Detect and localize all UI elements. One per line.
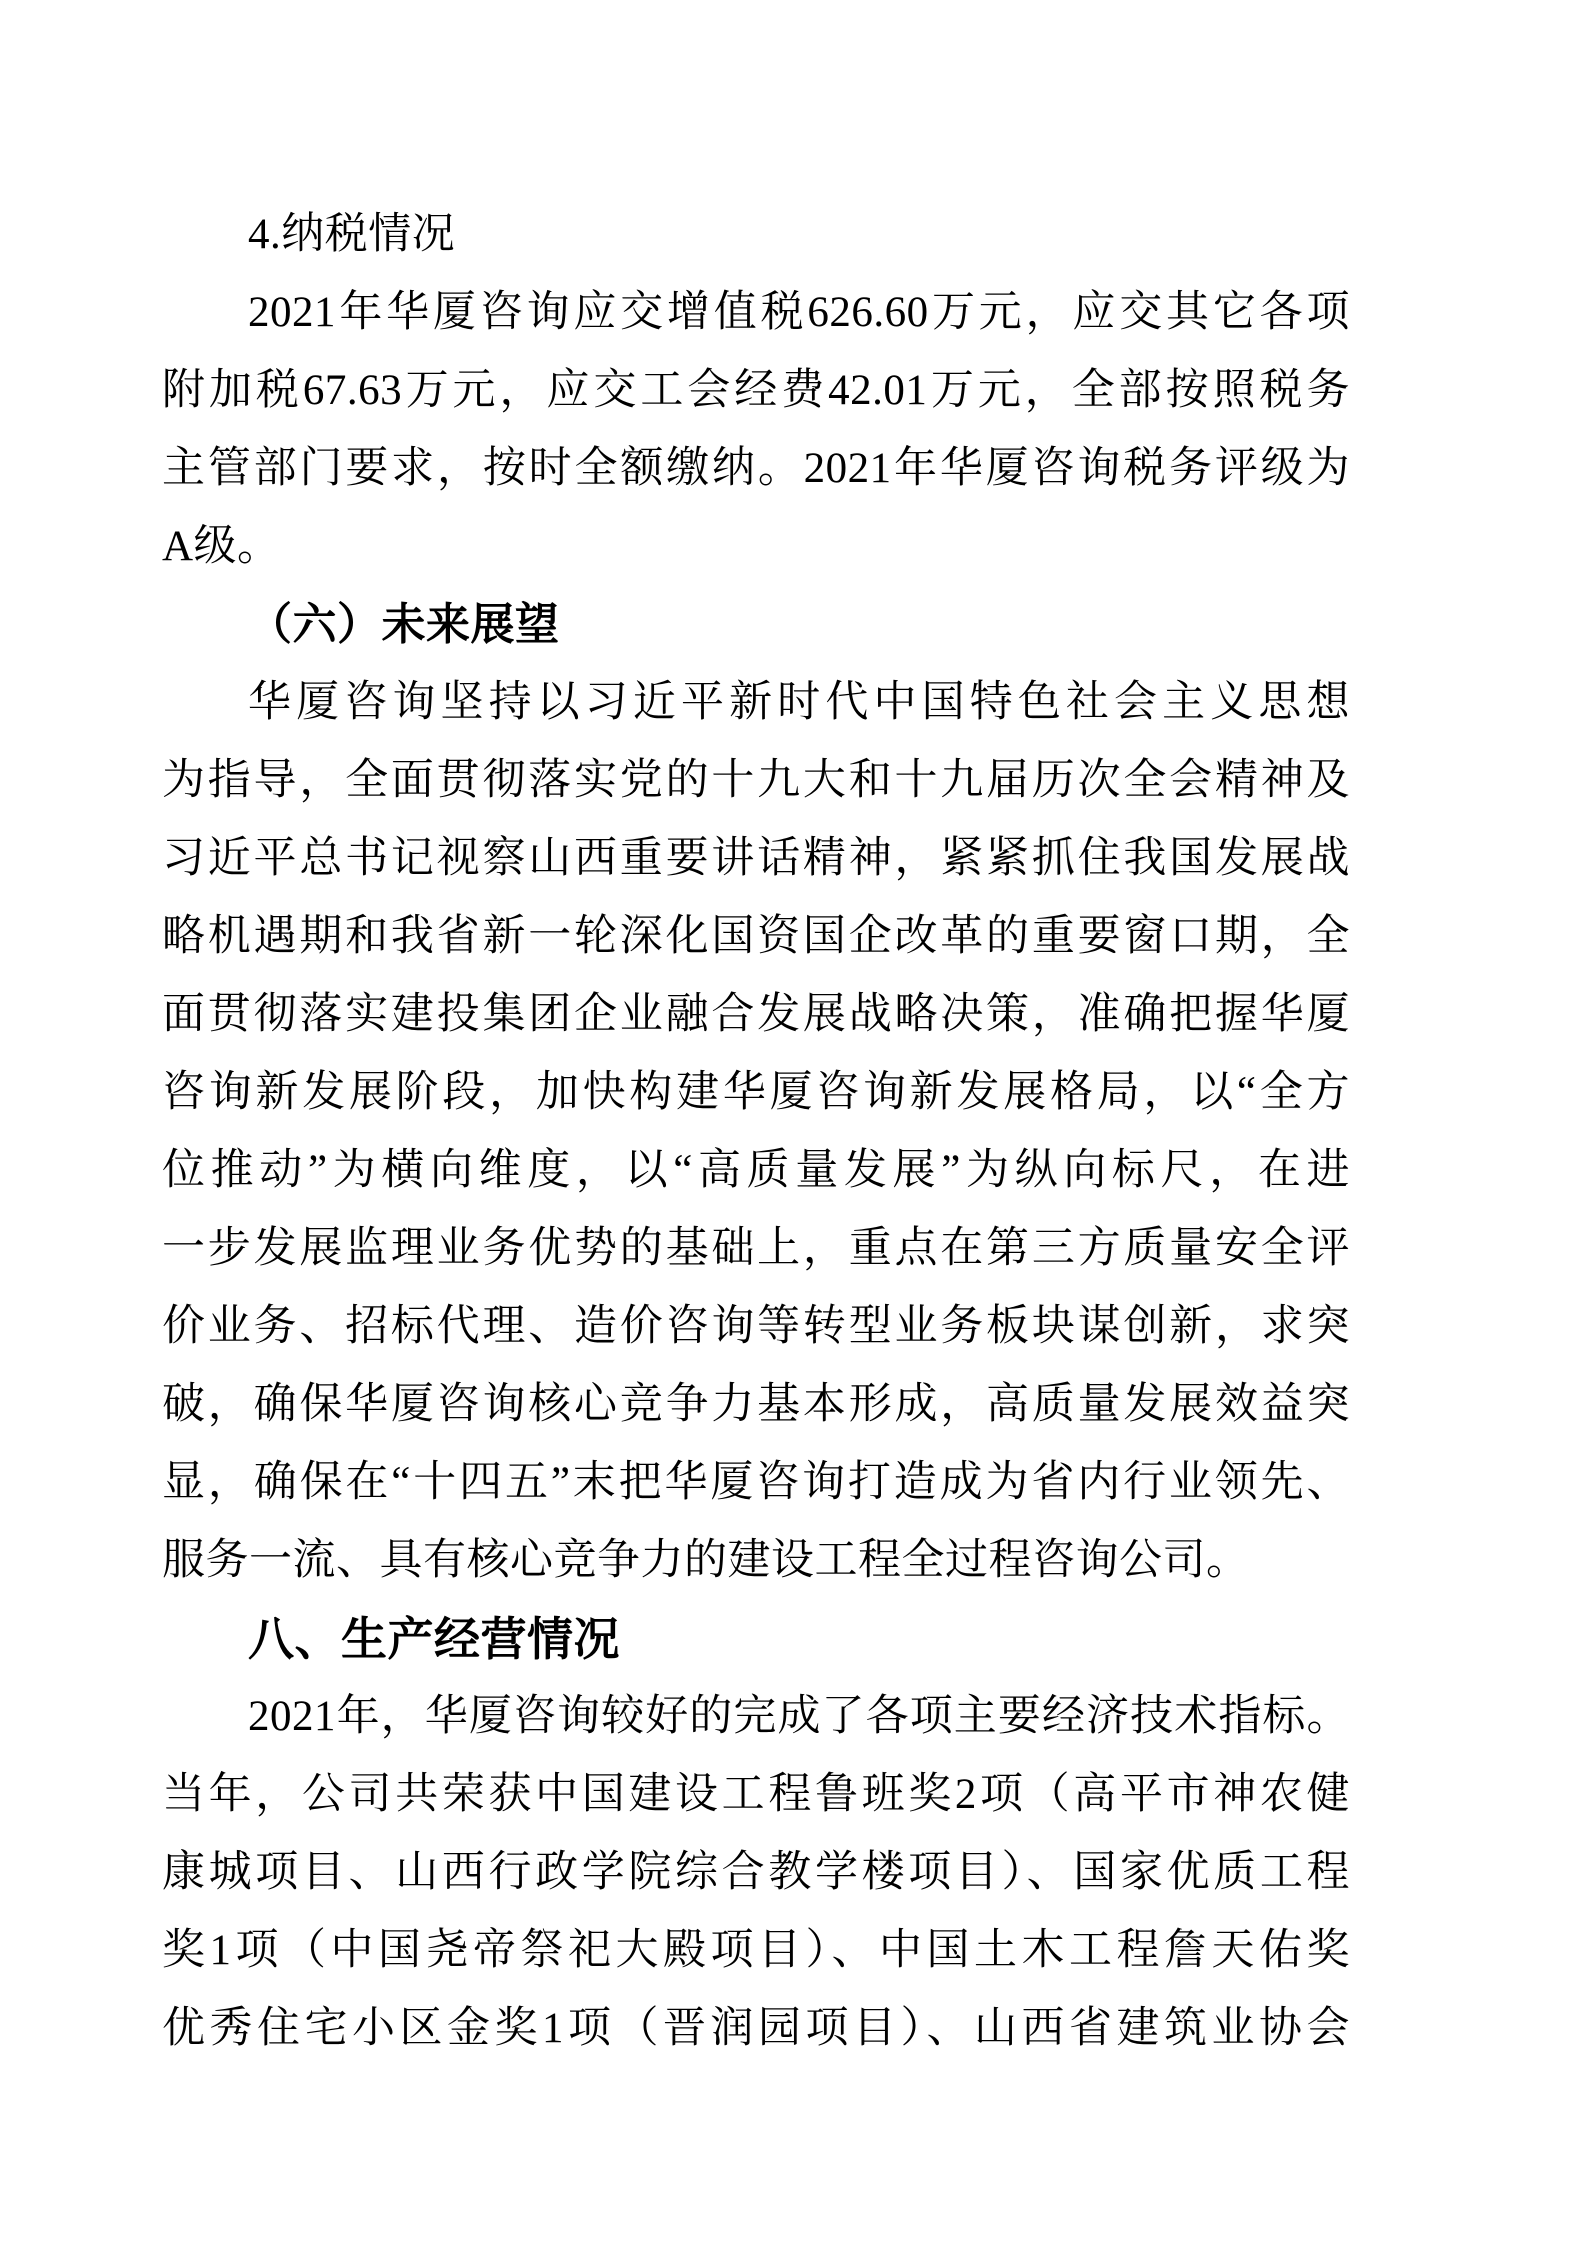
text-line: 2021年华厦咨询应交增值税626.60万元，应交其它各项 <box>162 274 1350 352</box>
document-page: 4.纳税情况 2021年华厦咨询应交增值税626.60万元，应交其它各项 附加税… <box>0 0 1587 2245</box>
chapter-heading: 八、生产经营情况 <box>162 1600 1350 1678</box>
text-line: 附加税67.63万元，应交工会经费42.01万元，全部按照税务 <box>162 352 1350 430</box>
text-line: 服务一流、具有核心竞争力的建设工程全过程咨询公司。 <box>162 1522 1350 1600</box>
text-line: 破，确保华厦咨询核心竞争力基本形成，高质量发展效益突 <box>162 1366 1350 1444</box>
text-line: 当年，公司共荣获中国建设工程鲁班奖2项（高平市神农健 <box>162 1756 1350 1834</box>
text-line: 面贯彻落实建投集团企业融合发展战略决策，准确把握华厦 <box>162 976 1350 1054</box>
text-line: A级。 <box>162 508 1350 586</box>
text-line: 一步发展监理业务优势的基础上，重点在第三方质量安全评 <box>162 1210 1350 1288</box>
text-line: 主管部门要求，按时全额缴纳。2021年华厦咨询税务评级为 <box>162 430 1350 508</box>
text-line: 华厦咨询坚持以习近平新时代中国特色社会主义思想 <box>162 664 1350 742</box>
text-line: 奖1项（中国尧帝祭祀大殿项目）、中国土木工程詹天佑奖 <box>162 1912 1350 1990</box>
text-line: 价业务、招标代理、造价咨询等转型业务板块谋创新，求突 <box>162 1288 1350 1366</box>
text-line: 咨询新发展阶段，加快构建华厦咨询新发展格局，以“全方 <box>162 1054 1350 1132</box>
subsection-title: 4.纳税情况 <box>162 196 1350 274</box>
text-line: 位推动”为横向维度，以“高质量发展”为纵向标尺，在进 <box>162 1132 1350 1210</box>
text-line: 为指导，全面贯彻落实党的十九大和十九届历次全会精神及 <box>162 742 1350 820</box>
text-line: 2021年，华厦咨询较好的完成了各项主要经济技术指标。 <box>162 1678 1350 1756</box>
text-line: 显，确保在“十四五”末把华厦咨询打造成为省内行业领先、 <box>162 1444 1350 1522</box>
text-block: 4.纳税情况 2021年华厦咨询应交增值税626.60万元，应交其它各项 附加税… <box>162 196 1350 2068</box>
section-heading: （六）未来展望 <box>162 586 1350 664</box>
text-line: 康城项目、山西行政学院综合教学楼项目）、国家优质工程 <box>162 1834 1350 1912</box>
text-line: 略机遇期和我省新一轮深化国资国企改革的重要窗口期，全 <box>162 898 1350 976</box>
text-line: 优秀住宅小区金奖1项（晋润园项目）、山西省建筑业协会 <box>162 1990 1350 2068</box>
text-line: 习近平总书记视察山西重要讲话精神，紧紧抓住我国发展战 <box>162 820 1350 898</box>
